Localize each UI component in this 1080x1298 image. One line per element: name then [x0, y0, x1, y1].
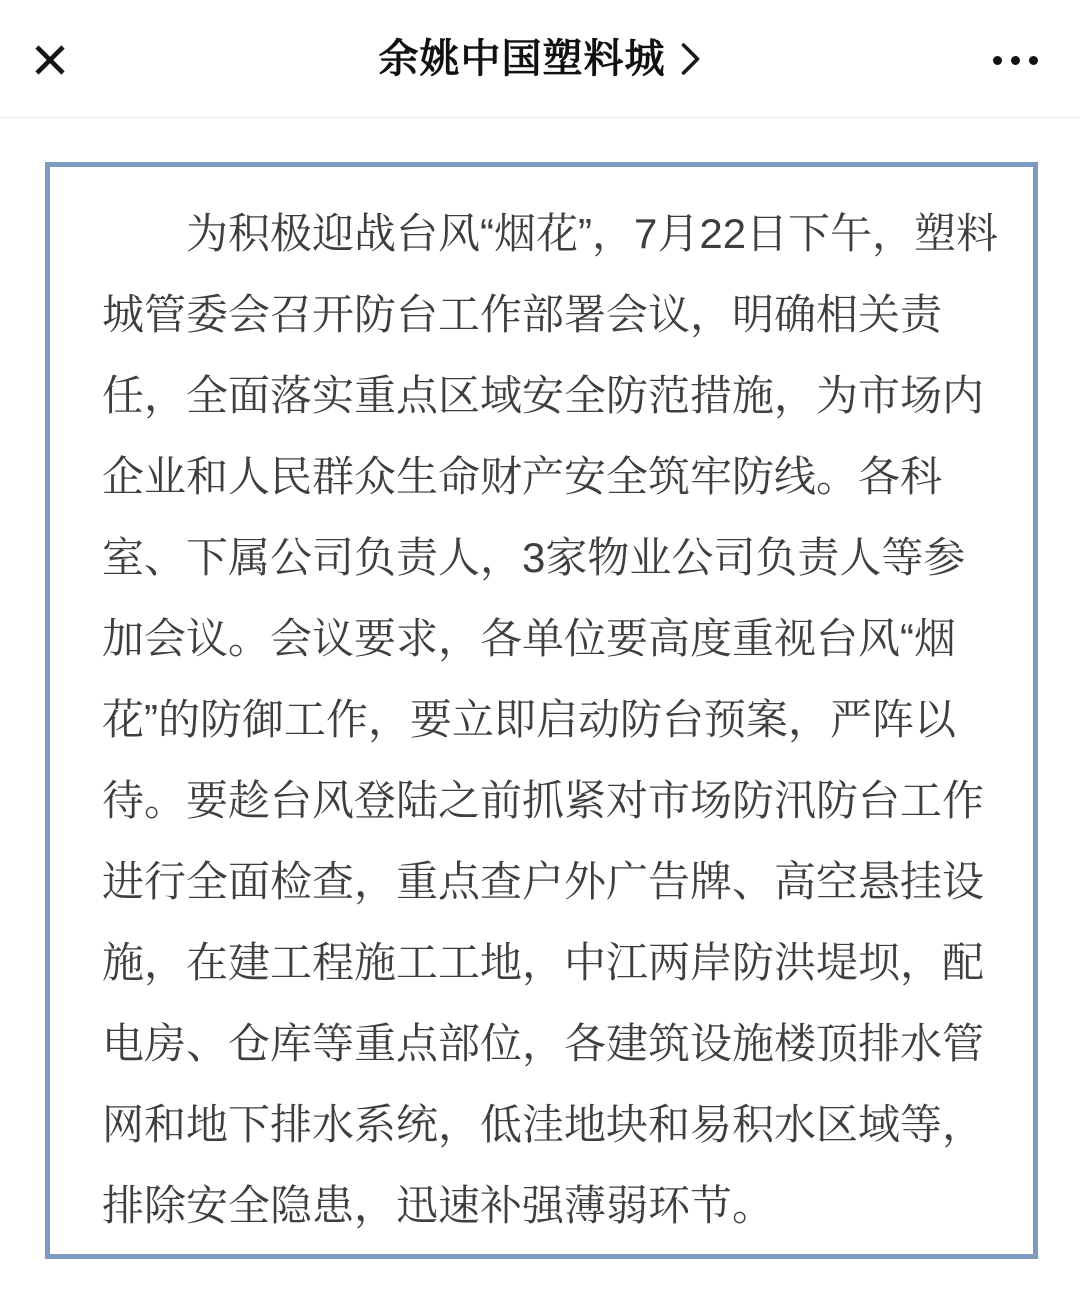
article-line: 加会议。会议要求，各单位要高度重视台风“烟: [102, 598, 985, 679]
close-button[interactable]: [30, 41, 70, 79]
dot: [1029, 56, 1038, 65]
article-line: 任，全面落实重点区域安全防范措施，为市场内: [102, 355, 985, 436]
article-box: 为积极迎战台风“烟花”，7月22日下午，塑料城管委会召开防台工作部署会议，明确相…: [45, 162, 1038, 1259]
article-line: 网和地下排水系统，低洼地块和易积水区域等，: [102, 1084, 985, 1165]
article-line: 企业和人民群众生命财产安全筑牢防线。各科: [102, 436, 985, 517]
article-line: 室、下属公司负责人，3家物业公司负责人等参: [102, 517, 985, 598]
article-line: 施，在建工程施工工地，中江两岸防洪堤坝，配: [102, 922, 985, 1003]
close-icon: [31, 41, 69, 79]
article-line: 电房、仓库等重点部位，各建筑设施楼顶排水管: [102, 1003, 985, 1084]
titlebar: 余姚中国塑料城: [0, 0, 1080, 118]
article-line: 城管委会召开防台工作部署会议，明确相关责: [102, 274, 985, 355]
article-line: 进行全面检查，重点查户外广告牌、高空悬挂设: [102, 841, 985, 922]
article-line: 花”的防御工作，要立即启动防台预案，严阵以: [102, 679, 985, 760]
dot: [1011, 56, 1020, 65]
chevron-right-icon: [680, 39, 702, 79]
official-account-link[interactable]: 余姚中国塑料城: [379, 0, 702, 118]
more-button[interactable]: [993, 41, 1038, 79]
article-line: 待。要趁台风登陆之前抓紧对市场防汛防台工作: [102, 760, 985, 841]
article-line: 排除安全隐患，迅速补强薄弱环节。: [102, 1165, 985, 1246]
page-title: 余姚中国塑料城: [379, 39, 666, 79]
dot: [993, 56, 1002, 65]
more-dots-icon: [993, 56, 1038, 65]
article-content: 为积极迎战台风“烟花”，7月22日下午，塑料城管委会召开防台工作部署会议，明确相…: [0, 118, 1080, 1259]
article-line: 为积极迎战台风“烟花”，7月22日下午，塑料: [102, 193, 985, 274]
